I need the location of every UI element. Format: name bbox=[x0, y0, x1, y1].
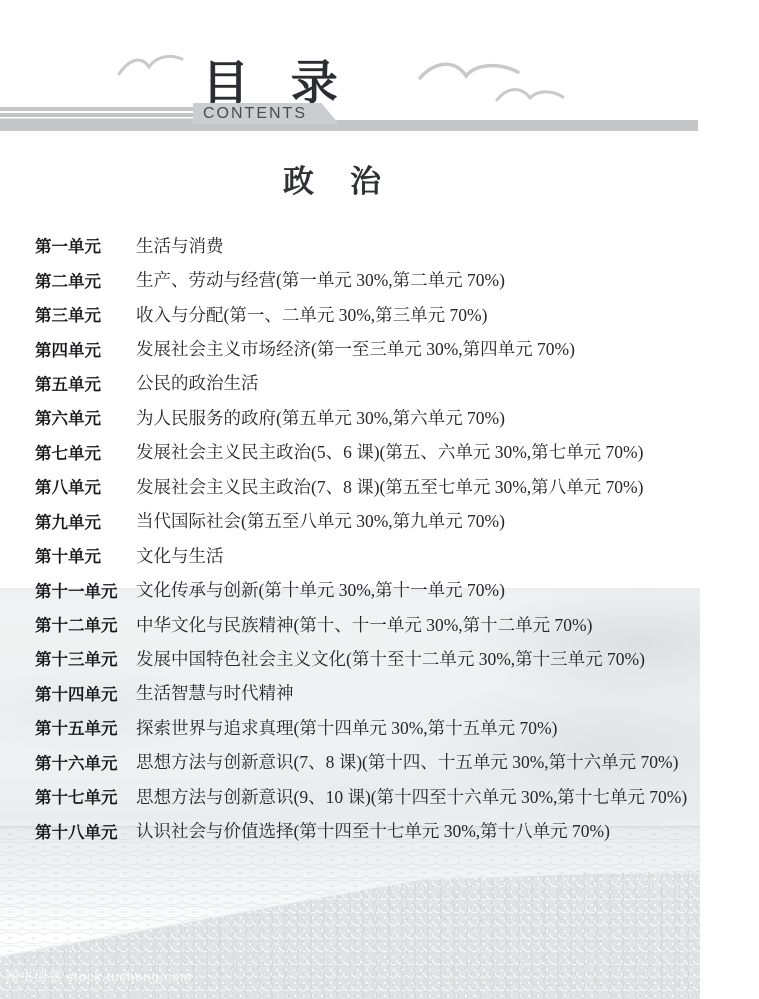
toc-row: 第十三单元 发展中国特色社会主义文化(第十至十二单元 30%,第十三单元 70%… bbox=[35, 641, 725, 675]
seagull-icon bbox=[494, 82, 566, 112]
unit-label: 第一单元 bbox=[35, 233, 136, 257]
unit-title: 思想方法与创新意识(9、10 课)(第十四至十六单元 30%,第十七单元 70%… bbox=[136, 784, 687, 809]
section-title-char: 治 bbox=[350, 156, 381, 201]
toc-list: 第一单元 生活与消费 第二单元 生产、劳动与经营(第一单元 30%,第二单元 7… bbox=[35, 228, 725, 848]
toc-row: 第九单元 当代国际社会(第五至八单元 30%,第九单元 70%) bbox=[35, 504, 725, 538]
unit-label: 第十七单元 bbox=[35, 784, 136, 808]
page-title: 目 录 bbox=[202, 46, 340, 113]
section-title-char: 政 bbox=[283, 156, 314, 201]
unit-title: 当代国际社会(第五至八单元 30%,第九单元 70%) bbox=[136, 508, 505, 533]
unit-title: 发展社会主义市场经济(第一至三单元 30%,第四单元 70%) bbox=[136, 336, 575, 361]
unit-title: 生活与消费 bbox=[136, 233, 224, 258]
unit-label: 第十单元 bbox=[35, 543, 136, 567]
toc-row: 第十五单元 探索世界与追求真理(第十四单元 30%,第十五单元 70%) bbox=[35, 710, 725, 744]
banner-bar bbox=[0, 120, 698, 131]
toc-row: 第十一单元 文化传承与创新(第十单元 30%,第十一单元 70%) bbox=[35, 572, 725, 606]
toc-row: 第三单元 收入与分配(第一、二单元 30%,第三单元 70%) bbox=[35, 297, 725, 331]
unit-label: 第六单元 bbox=[35, 405, 136, 429]
unit-label: 第五单元 bbox=[35, 371, 136, 395]
unit-label: 第十三单元 bbox=[35, 646, 136, 670]
unit-title: 文化与生活 bbox=[136, 543, 224, 568]
unit-title: 探索世界与追求真理(第十四单元 30%,第十五单元 70%) bbox=[136, 715, 557, 740]
toc-row: 第十单元 文化与生活 bbox=[35, 538, 725, 572]
section-title-politics: 政 治 bbox=[283, 156, 381, 201]
unit-label: 第二单元 bbox=[35, 268, 136, 292]
unit-label: 第九单元 bbox=[35, 509, 136, 533]
toc-row: 第七单元 发展社会主义民主政治(5、6 课)(第五、六单元 30%,第七单元 7… bbox=[35, 435, 725, 469]
contents-banner: CONTENTS bbox=[193, 103, 339, 124]
unit-title: 发展社会主义民主政治(7、8 课)(第五至七单元 30%,第八单元 70%) bbox=[136, 474, 643, 499]
unit-title: 收入与分配(第一、二单元 30%,第三单元 70%) bbox=[136, 302, 487, 327]
unit-label: 第十四单元 bbox=[35, 681, 136, 705]
toc-row: 第十六单元 思想方法与创新意识(7、8 课)(第十四、十五单元 30%,第十六单… bbox=[35, 745, 725, 779]
seagull-icon bbox=[116, 50, 186, 82]
toc-row: 第六单元 为人民服务的政府(第五单元 30%,第六单元 70%) bbox=[35, 400, 725, 434]
unit-title: 认识社会与价值选择(第十四至十七单元 30%,第十八单元 70%) bbox=[136, 818, 610, 843]
unit-label: 第三单元 bbox=[35, 302, 136, 326]
unit-label: 第十一单元 bbox=[35, 578, 136, 602]
toc-row: 第八单元 发展社会主义民主政治(7、8 课)(第五至七单元 30%,第八单元 7… bbox=[35, 469, 725, 503]
unit-title: 文化传承与创新(第十单元 30%,第十一单元 70%) bbox=[136, 577, 505, 602]
unit-label: 第八单元 bbox=[35, 474, 136, 498]
toc-page: 目 录 CONTENTS 政 治 第一单元 生活与消费 第二单元 生产、劳动与经… bbox=[0, 0, 759, 999]
contents-label: CONTENTS bbox=[193, 105, 307, 123]
banner-stripe-lines bbox=[0, 107, 194, 121]
unit-title: 生活智慧与时代精神 bbox=[136, 680, 294, 705]
toc-row: 第五单元 公民的政治生活 bbox=[35, 366, 725, 400]
unit-label: 第十二单元 bbox=[35, 612, 136, 636]
unit-label: 第十六单元 bbox=[35, 750, 136, 774]
unit-title: 生产、劳动与经营(第一单元 30%,第二单元 70%) bbox=[136, 267, 505, 292]
toc-row: 第一单元 生活与消费 bbox=[35, 228, 725, 262]
unit-label: 第十八单元 bbox=[35, 819, 136, 843]
unit-title: 公民的政治生活 bbox=[136, 370, 259, 395]
unit-label: 第七单元 bbox=[35, 440, 136, 464]
toc-row: 第十八单元 认识社会与价值选择(第十四至十七单元 30%,第十八单元 70%) bbox=[35, 813, 725, 847]
unit-title: 思想方法与创新意识(7、8 课)(第十四、十五单元 30%,第十六单元 70%) bbox=[136, 749, 678, 774]
unit-title: 中华文化与民族精神(第十、十一单元 30%,第十二单元 70%) bbox=[136, 612, 592, 637]
unit-label: 第十五单元 bbox=[35, 715, 136, 739]
unit-title: 发展中国特色社会主义文化(第十至十二单元 30%,第十三单元 70%) bbox=[136, 646, 645, 671]
toc-row: 第四单元 发展社会主义市场经济(第一至三单元 30%,第四单元 70%) bbox=[35, 331, 725, 365]
toc-row: 第十二单元 中华文化与民族精神(第十、十一单元 30%,第十二单元 70%) bbox=[35, 607, 725, 641]
stock-watermark: 图虫创意 stock.tuchong.com bbox=[6, 966, 192, 985]
toc-row: 第十四单元 生活智慧与时代精神 bbox=[35, 676, 725, 710]
toc-row: 第二单元 生产、劳动与经营(第一单元 30%,第二单元 70%) bbox=[35, 262, 725, 296]
unit-title: 为人民服务的政府(第五单元 30%,第六单元 70%) bbox=[136, 405, 505, 430]
toc-row: 第十七单元 思想方法与创新意识(9、10 课)(第十四至十六单元 30%,第十七… bbox=[35, 779, 725, 813]
unit-title: 发展社会主义民主政治(5、6 课)(第五、六单元 30%,第七单元 70%) bbox=[136, 439, 643, 464]
unit-label: 第四单元 bbox=[35, 337, 136, 361]
